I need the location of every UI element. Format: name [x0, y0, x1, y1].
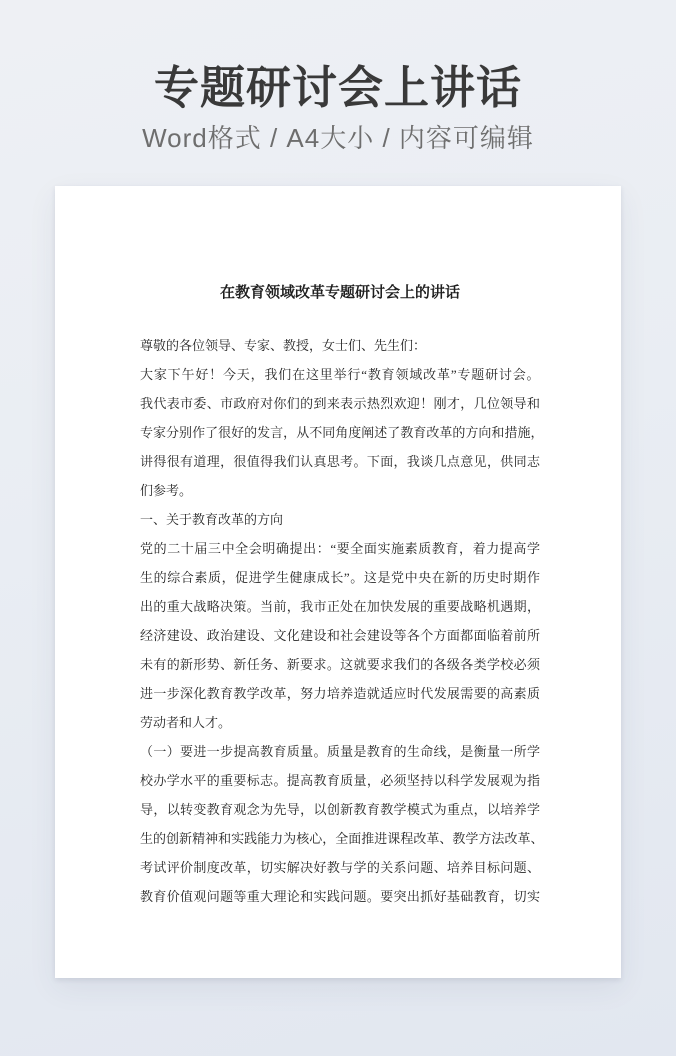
doc-lines: 尊敬的各位领导、专家、教授，女士们、先生们：大家下午好！今天，我们在这里举行“教…	[140, 331, 540, 911]
poster-header: 专题研讨会上讲话 Word格式 / A4大小 / 内容可编辑	[0, 0, 676, 153]
doc-line: 讲得很有道理，很值得我们认真思考。下面，我谈几点意见，供同志	[140, 447, 540, 476]
doc-line: 导，以转变教育观念为先导，以创新教育教学模式为重点，以培养学	[140, 795, 540, 824]
doc-line: 进一步深化教育教学改革，努力培养造就适应时代发展需要的高素质	[140, 679, 540, 708]
doc-line: 校办学水平的重要标志。提高教育质量，必须坚持以科学发展观为指	[140, 766, 540, 795]
doc-line: 我代表市委、市政府对你们的到来表示热烈欢迎！刚才，几位领导和	[140, 389, 540, 418]
doc-line: 生的创新精神和实践能力为核心，全面推进课程改革、教学方法改革、	[140, 824, 540, 853]
doc-line: 出的重大战略决策。当前，我市正处在加快发展的重要战略机遇期，	[140, 592, 540, 621]
document-title: 在教育领域改革专题研讨会上的讲话	[140, 283, 540, 303]
doc-line: （一）要进一步提高教育质量。质量是教育的生命线，是衡量一所学	[140, 737, 540, 766]
doc-line: 考试评价制度改革，切实解决好教与学的关系问题、培养目标问题、	[140, 853, 540, 882]
doc-line: 教育价值观问题等重大理论和实践问题。要突出抓好基础教育，切实	[140, 882, 540, 911]
doc-line: 一、关于教育改革的方向	[140, 505, 540, 534]
doc-line: 生的综合素质，促进学生健康成长”。这是党中央在新的历史时期作	[140, 563, 540, 592]
doc-line: 党的二十届三中全会明确提出：“要全面实施素质教育，着力提高学	[140, 534, 540, 563]
doc-line: 专家分别作了很好的发言，从不同角度阐述了教育改革的方向和措施，	[140, 418, 540, 447]
poster-title: 专题研讨会上讲话	[0, 62, 676, 114]
doc-line: 们参考。	[140, 476, 540, 505]
document-page: 在教育领域改革专题研讨会上的讲话 尊敬的各位领导、专家、教授，女士们、先生们：大…	[55, 186, 621, 978]
doc-line: 尊敬的各位领导、专家、教授，女士们、先生们：	[140, 331, 540, 360]
doc-line: 劳动者和人才。	[140, 708, 540, 737]
doc-line: 经济建设、政治建设、文化建设和社会建设等各个方面都面临着前所	[140, 621, 540, 650]
doc-line: 大家下午好！今天，我们在这里举行“教育领域改革”专题研讨会。	[140, 360, 540, 389]
doc-line: 未有的新形势、新任务、新要求。这就要求我们的各级各类学校必须	[140, 650, 540, 679]
poster-subtitle: Word格式 / A4大小 / 内容可编辑	[0, 123, 676, 153]
